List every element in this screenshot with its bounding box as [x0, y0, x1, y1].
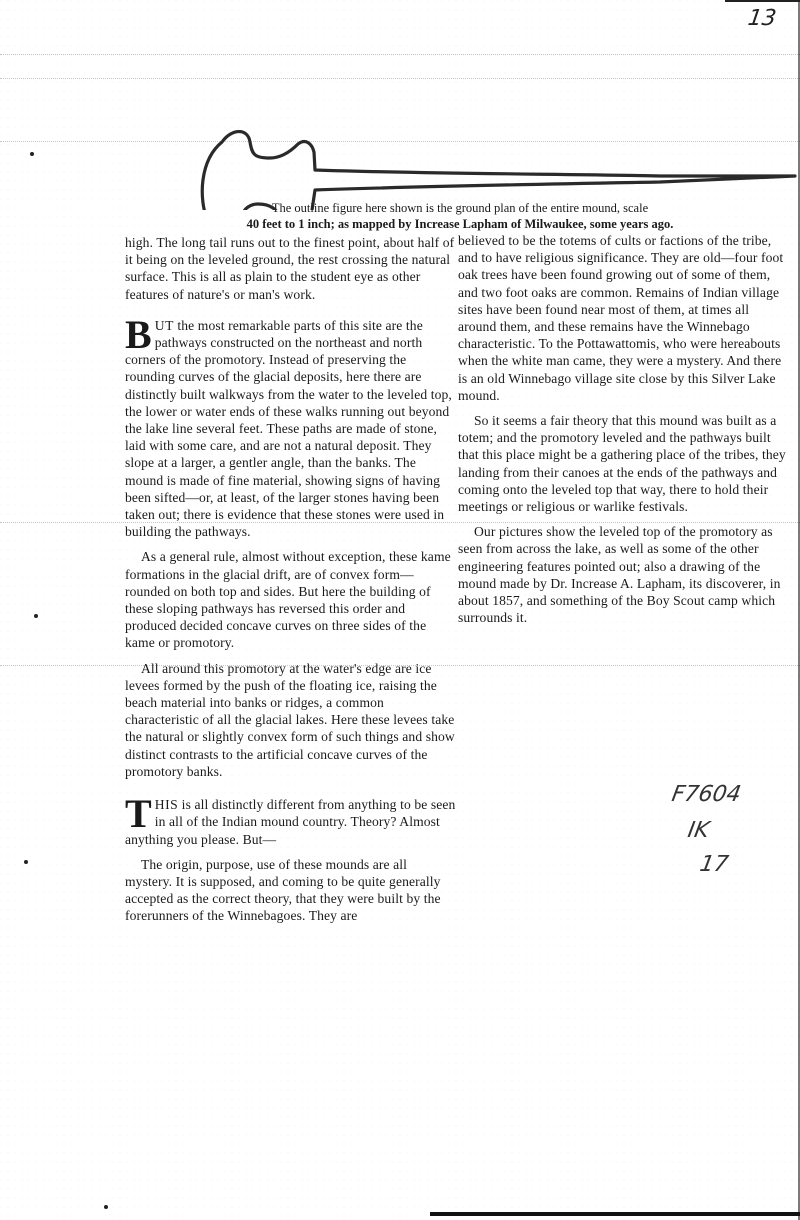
scan-line	[0, 54, 800, 55]
paragraph: THIS is all distinctly different from an…	[125, 796, 457, 848]
caption-line-2: 40 feet to 1 inch; as mapped by Increase…	[130, 216, 790, 232]
page-edge	[725, 0, 800, 2]
margin-mark	[34, 614, 38, 618]
article-column-right: believed to be the totems of cults or fa…	[458, 232, 790, 626]
handwritten-note: 17	[698, 852, 730, 877]
caption-line-1: The outline figure here shown is the gro…	[130, 200, 790, 216]
paragraph: Our pictures show the leveled top of the…	[458, 523, 790, 626]
margin-mark	[24, 860, 28, 864]
paragraph: So it seems a fair theory that this moun…	[458, 412, 790, 515]
figure-caption: The outline figure here shown is the gro…	[130, 200, 790, 232]
mound-outline-drawing	[130, 130, 800, 210]
article-column-left: high. The long tail runs out to the fine…	[125, 234, 457, 925]
page-edge	[430, 1212, 800, 1216]
paragraph: As a general rule, almost without except…	[125, 548, 457, 651]
lead-caps: HIS	[155, 797, 178, 812]
paragraph: All around this promotory at the water's…	[125, 660, 457, 780]
handwritten-note: IK	[686, 818, 711, 843]
page-number: 13	[746, 6, 778, 31]
paragraph: BUT the most remarkable parts of this si…	[125, 317, 457, 541]
paragraph: believed to be the totems of cults or fa…	[458, 232, 790, 404]
margin-mark	[30, 152, 34, 156]
handwritten-note: F7604	[670, 782, 743, 807]
scan-line	[0, 78, 800, 79]
paragraph-text: the most remarkable parts of this site a…	[125, 318, 452, 539]
paragraph: The origin, purpose, use of these mounds…	[125, 856, 457, 925]
drop-cap: T	[125, 798, 152, 830]
paragraph: high. The long tail runs out to the fine…	[125, 234, 457, 303]
margin-mark	[104, 1205, 108, 1209]
lead-caps: UT	[155, 318, 174, 333]
drop-cap: B	[125, 319, 152, 351]
